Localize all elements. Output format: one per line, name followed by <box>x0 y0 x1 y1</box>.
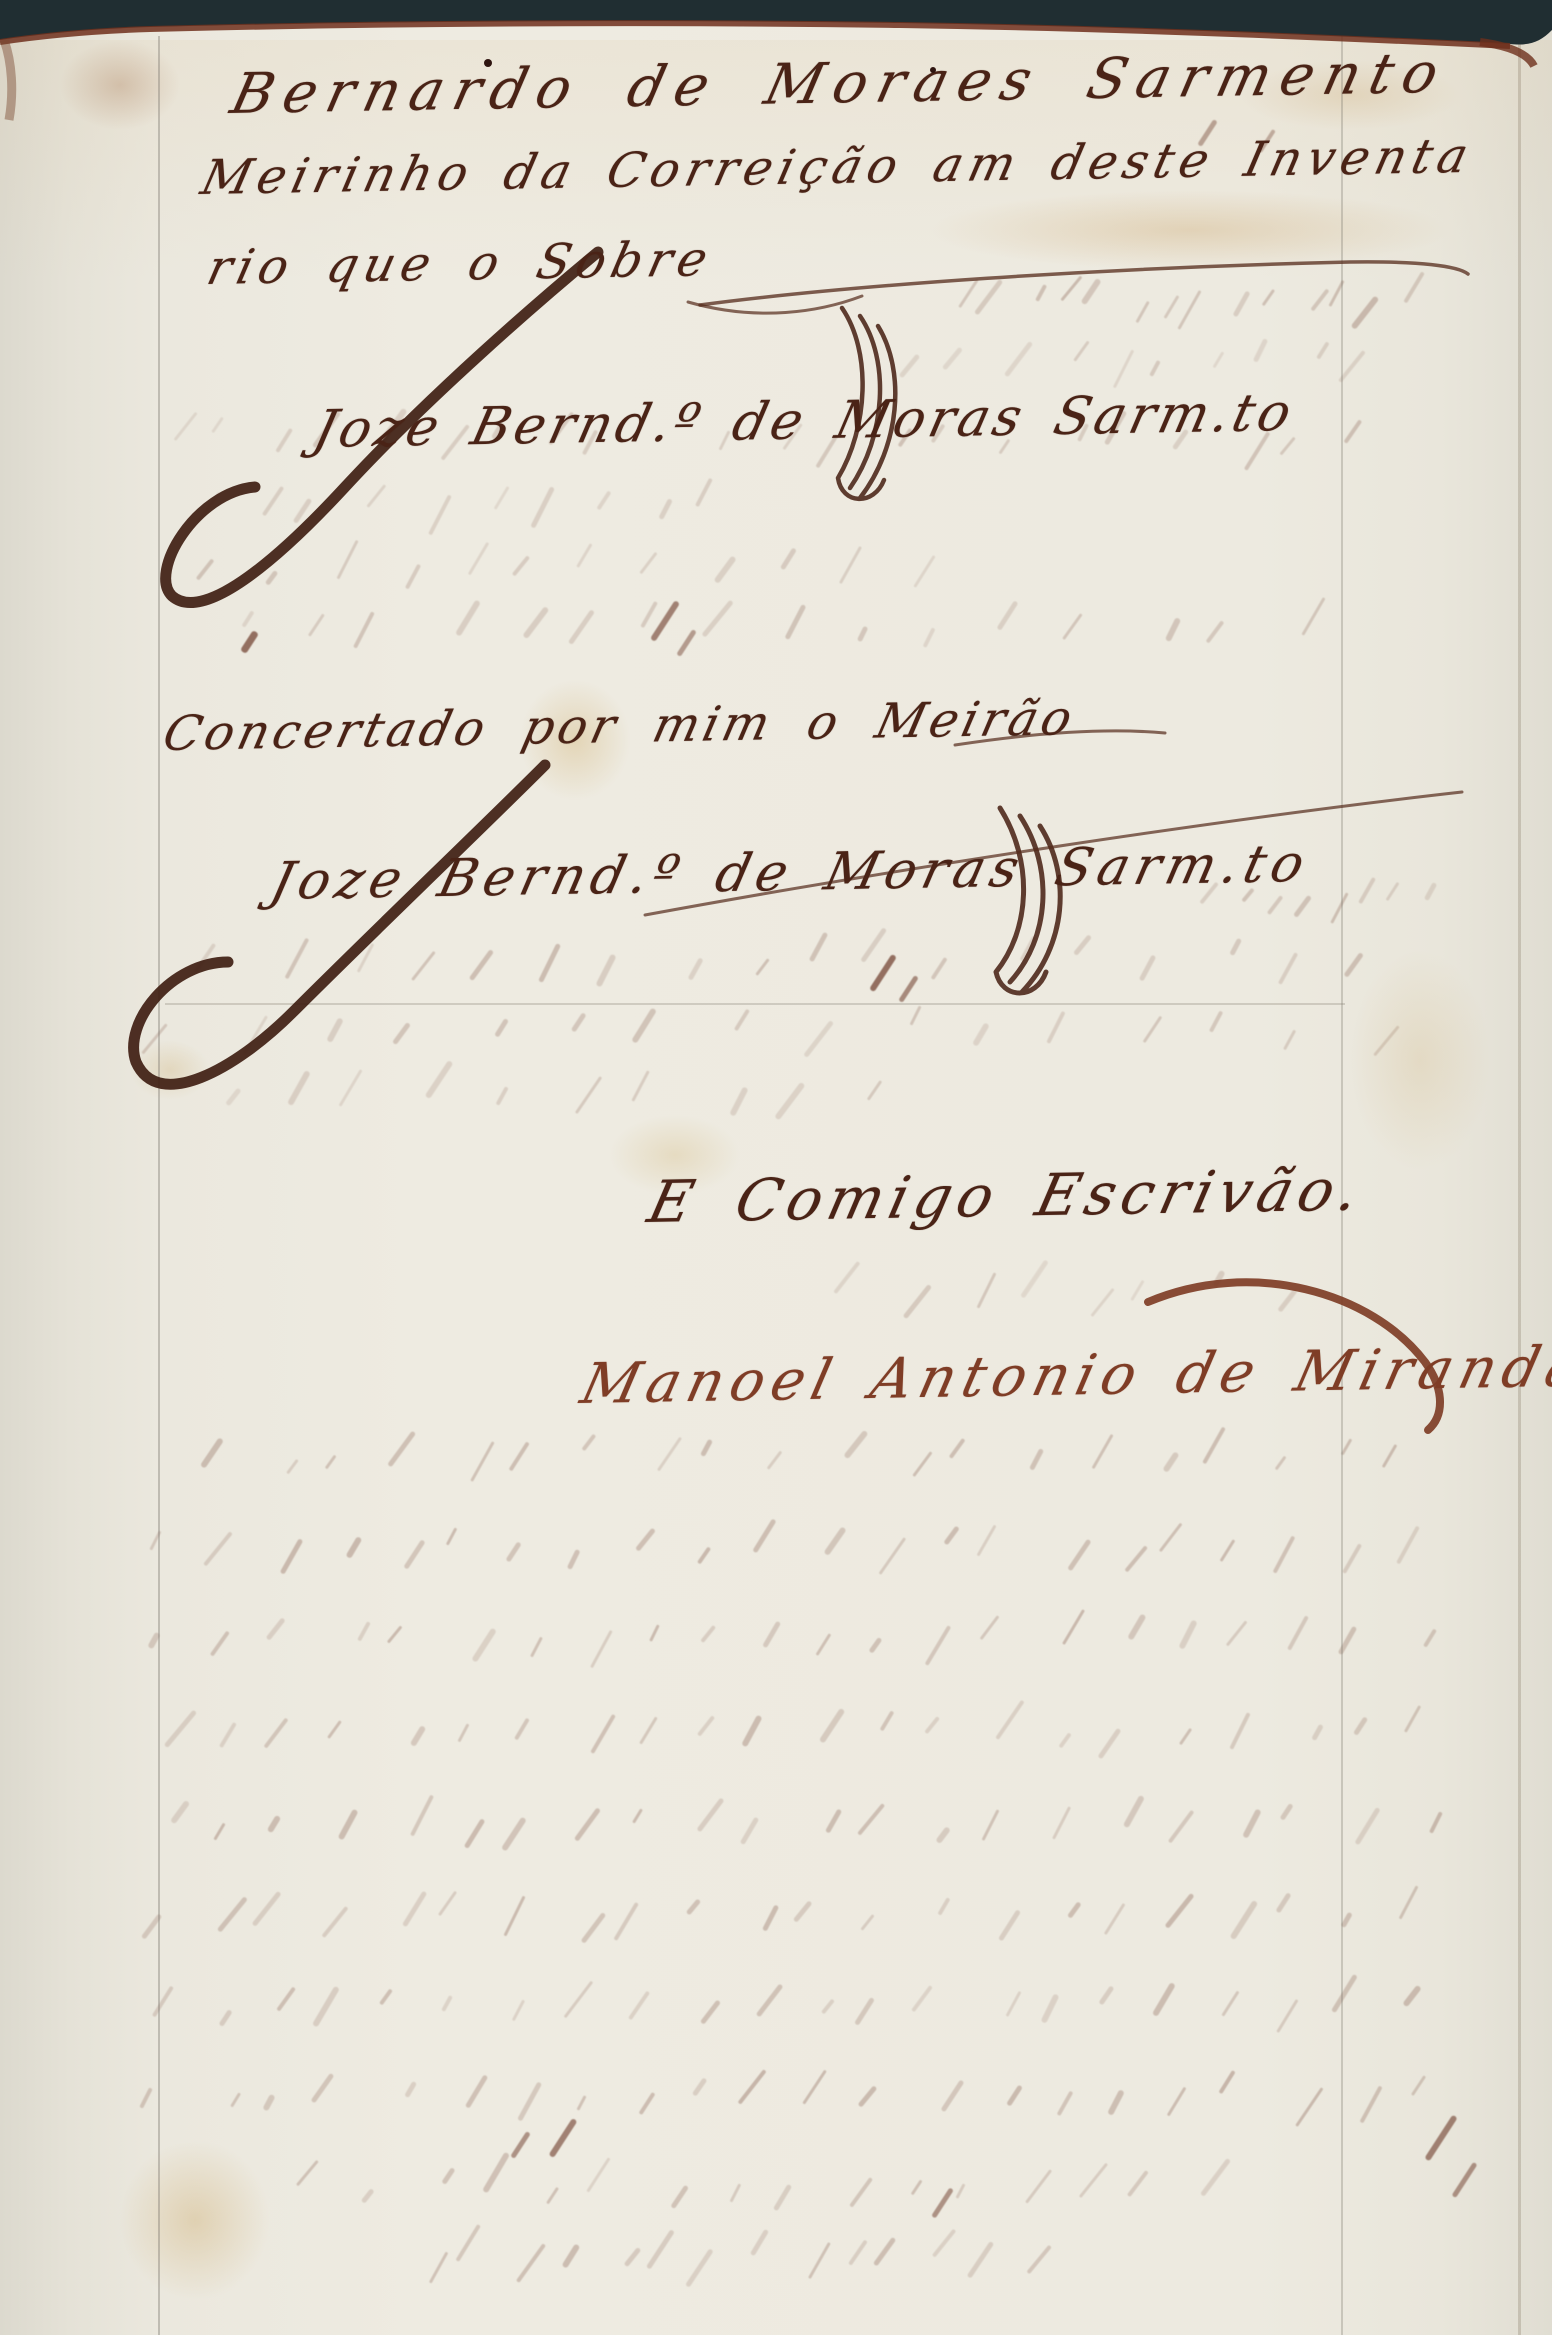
bleed-stroke <box>471 1627 497 1662</box>
bleed-stroke <box>823 1527 846 1557</box>
bleed-stroke <box>194 943 216 973</box>
bleed-stroke <box>200 1437 224 1468</box>
bleed-stroke <box>1058 1732 1072 1748</box>
bleed-stroke <box>976 1525 996 1557</box>
bleed-stroke <box>1355 1807 1381 1845</box>
bleed-stroke <box>512 555 530 576</box>
bleed-stroke <box>740 1817 760 1845</box>
signature-3: Manoel Antonio de Miranda <box>575 1335 1552 1417</box>
bleed-stroke <box>857 2085 877 2107</box>
bleed-stroke <box>549 2118 578 2158</box>
stain-right-band <box>1350 950 1490 1170</box>
bleed-stroke <box>646 2230 675 2270</box>
faint-horizontal-rule <box>165 1003 1345 1005</box>
bleed-stroke <box>1219 1540 1235 1563</box>
bleed-stroke <box>241 611 254 628</box>
bleed-stroke <box>429 2251 449 2283</box>
bleed-stroke <box>1404 1705 1422 1733</box>
bleed-stroke <box>802 2070 826 2105</box>
bleed-stroke <box>910 1005 922 1025</box>
bleed-stroke <box>967 2241 995 2279</box>
bleed-stroke <box>336 540 358 580</box>
bleed-stroke <box>903 1284 932 1319</box>
bleed-stroke <box>285 937 309 978</box>
bleed-stroke <box>164 1709 197 1747</box>
bleed-stroke <box>843 1430 868 1459</box>
bleed-stroke <box>1127 2170 1148 2196</box>
bleed-stroke <box>567 1548 581 1570</box>
bleed-stroke <box>210 1631 229 1656</box>
bleed-stroke <box>631 1007 657 1043</box>
bleed-stroke <box>404 2081 417 2099</box>
bleed-stroke <box>1128 1614 1147 1641</box>
bleed-stroke <box>911 1985 932 2012</box>
bleed-stroke <box>265 1617 285 1641</box>
bleed-stroke <box>958 279 978 308</box>
bleed-stroke <box>464 2074 487 2108</box>
bleed-stroke <box>1344 419 1362 443</box>
bleed-stroke <box>632 1808 643 1823</box>
bleed-stroke <box>1067 1901 1081 1918</box>
bleed-stroke <box>910 2180 922 2196</box>
bleed-stroke <box>1229 1900 1257 1940</box>
bleed-stroke <box>979 1615 999 1640</box>
bleed-stroke <box>1074 341 1090 362</box>
bleed-stroke <box>1222 1990 1240 2016</box>
bleed-stroke <box>1099 1985 1115 2005</box>
bleed-stroke <box>809 932 828 963</box>
bleed-stroke <box>308 614 324 637</box>
bleed-stroke <box>857 1803 885 1836</box>
bleed-stroke <box>685 2249 713 2288</box>
bleed-stroke <box>1131 1280 1145 1301</box>
bleed-stroke <box>1373 1025 1400 1056</box>
bleed-stroke <box>1274 1456 1286 1471</box>
bleed-stroke <box>287 1459 299 1474</box>
bleed-stroke <box>935 1826 951 1844</box>
bleed-stroke <box>756 1983 784 2017</box>
bleed-stroke <box>700 1999 721 2024</box>
bleed-stroke <box>873 2237 896 2267</box>
edge-ink-dot-1 <box>484 59 492 67</box>
margin-rule-left <box>158 36 160 2335</box>
bleed-stroke <box>773 2183 792 2210</box>
bleed-stroke <box>562 2243 580 2268</box>
bleed-stroke <box>1225 1621 1247 1648</box>
header-line-3: rio que o Sobre <box>202 231 719 296</box>
bleed-stroke <box>657 1437 682 1472</box>
bleed-stroke <box>1276 1999 1298 2033</box>
bleed-stroke <box>265 570 279 586</box>
bleed-stroke <box>1212 1270 1225 1287</box>
bleed-stroke <box>501 1816 526 1851</box>
bleed-stroke <box>296 2160 318 2186</box>
bleed-stroke <box>218 2009 232 2027</box>
bleed-stroke <box>982 1809 1000 1841</box>
bleed-stroke <box>1229 937 1242 956</box>
bleed-stroke <box>697 1716 715 1737</box>
bleed-stroke <box>808 2242 830 2279</box>
bleed-stroke <box>328 1721 343 1740</box>
bleed-stroke <box>869 1637 883 1654</box>
bleed-stroke <box>575 1076 602 1114</box>
bleed-stroke <box>411 951 436 981</box>
bleed-stroke <box>1153 1982 1177 2016</box>
bleed-stroke <box>1283 1029 1297 1050</box>
bleed-stroke <box>925 1625 951 1665</box>
bleed-stroke <box>854 1997 875 2026</box>
bleed-stroke <box>1242 1809 1261 1839</box>
bleed-stroke <box>217 1896 248 1932</box>
bleed-stroke <box>912 1451 932 1477</box>
bleed-stroke <box>942 347 963 370</box>
bleed-stroke <box>1253 338 1269 363</box>
bleed-stroke <box>1149 360 1161 377</box>
bleed-stroke <box>734 1008 750 1030</box>
bleed-stroke <box>387 1625 403 1643</box>
bleed-stroke <box>658 498 672 520</box>
bleed-stroke <box>1424 882 1437 901</box>
top-backdrop-band <box>0 0 1552 130</box>
signature-1: Joze Bernd.º de Moras Sarm.to <box>308 383 1301 460</box>
bleed-stroke <box>1358 877 1376 904</box>
bleed-stroke <box>973 1022 991 1046</box>
bleed-stroke <box>1020 936 1036 961</box>
bleed-stroke <box>275 428 293 453</box>
bleed-stroke <box>714 555 737 584</box>
bleed-stroke <box>938 1898 951 1916</box>
bleed-stroke <box>410 1725 426 1747</box>
bleed-stroke <box>311 2072 334 2102</box>
bleed-stroke <box>860 1914 874 1931</box>
bleed-stroke <box>1273 1536 1295 1574</box>
bleed-stroke <box>1167 1810 1194 1844</box>
bleed-stroke <box>203 1531 233 1566</box>
bleed-stroke <box>1006 1991 1022 2017</box>
bleed-stroke <box>293 498 313 524</box>
bleed-stroke <box>467 542 488 575</box>
bleed-stroke <box>219 1722 236 1748</box>
bleed-stroke <box>998 1909 1021 1941</box>
bleed-stroke <box>496 1086 509 1106</box>
bleed-stroke <box>380 1988 394 2005</box>
bleed-stroke <box>818 1708 844 1744</box>
bleed-stroke <box>357 943 375 973</box>
bleed-stroke <box>1123 1795 1145 1828</box>
bleed-stroke <box>240 630 259 654</box>
bleed-stroke <box>931 2187 954 2218</box>
bleed-stroke <box>1452 2162 1478 2198</box>
attestation-line: Concertado por mim o Meirão <box>158 690 1081 762</box>
bleed-stroke <box>438 1891 457 1917</box>
bleed-stroke <box>686 1899 701 1916</box>
bleed-stroke <box>1233 290 1251 317</box>
bleed-stroke <box>899 354 920 379</box>
bleed-stroke <box>504 1895 526 1936</box>
bleed-stroke <box>1079 2163 1108 2198</box>
bleed-stroke <box>1025 2169 1052 2204</box>
bleed-stroke <box>1267 895 1283 915</box>
bleed-stroke <box>695 478 713 507</box>
bleed-stroke <box>360 2188 374 2204</box>
bleed-stroke <box>821 1998 835 2013</box>
bleed-stroke <box>755 958 769 976</box>
bleed-stroke <box>931 957 948 980</box>
bleed-stroke <box>923 1716 939 1734</box>
bleed-stroke <box>512 2000 526 2022</box>
bleed-stroke <box>1108 2089 1126 2116</box>
bleed-stroke <box>775 1081 806 1119</box>
bleed-stroke <box>530 487 555 530</box>
bleed-stroke <box>243 1015 268 1054</box>
edge-ink-dot-2 <box>930 67 936 73</box>
bleed-stroke <box>392 1022 411 1045</box>
bleed-stroke <box>1104 1903 1126 1936</box>
bleed-stroke <box>639 1716 657 1744</box>
bleed-stroke <box>849 2177 873 2208</box>
left-edge-smear <box>4 40 12 120</box>
bleed-stroke <box>1062 613 1082 640</box>
bleed-stroke <box>405 564 421 590</box>
bleed-stroke <box>1165 1893 1195 1929</box>
bleed-stroke <box>1052 1806 1071 1840</box>
bleed-stroke <box>280 1538 304 1574</box>
bleed-stroke <box>815 1633 830 1655</box>
bleed-stroke <box>730 2183 742 2202</box>
bleed-stroke <box>590 1714 616 1754</box>
bleed-stroke <box>442 2168 456 2185</box>
bleed-stroke <box>692 2077 708 2097</box>
bleed-stroke <box>1046 1011 1065 1044</box>
bleed-stroke <box>1277 1288 1298 1312</box>
bleed-stroke <box>1262 289 1275 306</box>
bleed-stroke <box>339 1069 363 1107</box>
bleed-stroke <box>688 957 704 981</box>
bleed-stroke <box>729 1087 748 1117</box>
bleed-stroke <box>1213 351 1225 368</box>
bleed-stroke <box>324 1454 336 1469</box>
bleed-stroke <box>1399 1886 1419 1920</box>
bleed-stroke <box>1302 597 1326 636</box>
bleed-stroke <box>1097 1727 1121 1758</box>
bleed-stroke <box>1124 1545 1148 1573</box>
bleed-stroke <box>587 2157 611 2192</box>
bleed-stroke <box>1139 954 1156 981</box>
bleed-stroke <box>1311 288 1330 311</box>
bleed-stroke <box>211 417 224 434</box>
bleed-stroke <box>574 1808 601 1842</box>
bleed-stroke <box>366 484 385 507</box>
bleed-stroke <box>1276 1892 1292 1913</box>
bleed-stroke <box>494 1018 509 1038</box>
bleed-stroke <box>577 2095 587 2111</box>
bleed-stroke <box>1073 934 1092 956</box>
bleed-stroke <box>576 544 592 568</box>
bleed-stroke <box>174 411 199 441</box>
bleed-stroke <box>568 610 594 645</box>
bleed-stroke <box>737 2069 766 2105</box>
bleed-stroke <box>262 2094 275 2112</box>
bleed-stroke <box>869 954 897 992</box>
bleed-stroke <box>996 600 1018 630</box>
signature2-rubric <box>996 808 1060 993</box>
bleed-stroke <box>441 1995 453 2012</box>
bleed-stroke <box>631 1070 650 1102</box>
bleed-stroke <box>941 2080 965 2113</box>
bleed-stroke <box>471 1441 495 1481</box>
bleed-stroke <box>640 552 658 574</box>
signature-2: Joze Bernd.º de Moras Sarm.to <box>265 834 1316 912</box>
bleed-stroke <box>860 927 887 963</box>
bleed-stroke <box>866 1080 882 1101</box>
bleed-stroke <box>463 1818 484 1849</box>
bleed-stroke <box>1403 271 1425 303</box>
bleed-stroke <box>628 1991 650 2021</box>
bleed-stroke <box>458 1723 470 1742</box>
bleed-stroke <box>879 1537 906 1574</box>
bleed-stroke <box>326 1017 343 1043</box>
bleed-stroke <box>1177 290 1201 330</box>
bleed-stroke <box>581 1912 607 1944</box>
signature2-capital-J-flourish <box>134 765 545 1084</box>
bleed-stroke <box>287 1070 310 1106</box>
page-edge-right <box>1518 0 1521 2335</box>
bleed-stroke <box>1206 620 1225 643</box>
bleed-stroke <box>676 629 697 657</box>
bleed-stroke <box>1331 892 1349 923</box>
bleed-stroke <box>1293 895 1312 918</box>
bleed-stroke <box>1081 278 1102 306</box>
bleed-stroke <box>425 1060 454 1099</box>
bleed-stroke <box>1165 617 1181 642</box>
bleed-stroke <box>697 1546 711 1564</box>
header-line-2: Meirinho da Correição am deste Inventa <box>196 128 1479 206</box>
bleed-stroke <box>1041 1993 1060 2023</box>
bleed-stroke <box>1359 2086 1382 2124</box>
bleed-stroke <box>1060 276 1082 302</box>
bleed-stroke <box>825 1809 842 1834</box>
bleed-stroke <box>264 1717 289 1748</box>
bleed-stroke <box>530 1637 543 1658</box>
bleed-stroke <box>649 1624 659 1641</box>
bleed-stroke <box>1343 952 1364 978</box>
bleed-stroke <box>1092 1434 1114 1470</box>
bleed-stroke <box>510 2131 531 2159</box>
bleed-stroke <box>1385 882 1399 901</box>
bleed-stroke <box>1178 1620 1197 1650</box>
bleed-stroke <box>455 599 481 636</box>
bleed-stroke <box>857 626 869 643</box>
bleed-stroke <box>1218 2070 1235 2094</box>
stain-top-right-streak <box>930 190 1450 270</box>
bleed-stroke <box>1091 1287 1115 1316</box>
bleed-stroke <box>1295 2087 1323 2126</box>
bleed-stroke <box>833 1261 860 1294</box>
bleed-stroke <box>697 1797 725 1832</box>
bleed-stroke <box>596 490 611 510</box>
bleed-stroke <box>277 1987 297 2012</box>
bleed-stroke <box>613 1902 639 1942</box>
bleed-stroke <box>582 1434 596 1451</box>
bleed-stroke <box>785 604 806 640</box>
bleed-stroke <box>839 546 862 584</box>
bleed-stroke <box>638 2092 655 2115</box>
bleed-stroke <box>670 2184 689 2209</box>
bleed-stroke <box>196 558 215 580</box>
bleed-stroke <box>898 975 919 1003</box>
bleed-stroke <box>1057 2091 1074 2117</box>
bleed-stroke <box>1280 1803 1295 1821</box>
bleed-stroke <box>974 279 1003 316</box>
bleed-stroke <box>1062 1610 1085 1646</box>
bleed-stroke <box>1423 1629 1437 1648</box>
bleed-stroke <box>546 2187 559 2205</box>
bleed-stroke <box>780 547 797 570</box>
bleed-stroke <box>752 1518 776 1553</box>
bleed-stroke <box>402 1890 428 1927</box>
bleed-stroke <box>596 954 617 988</box>
bleed-stroke <box>1351 295 1379 329</box>
bleed-stroke <box>640 601 658 629</box>
bleed-stroke <box>635 1528 656 1552</box>
bleed-stroke <box>803 1020 834 1058</box>
bleed-stroke <box>1067 1538 1091 1570</box>
bleed-stroke <box>590 1630 612 1668</box>
manuscript-page-photo: Bernardo de Moraes Sarmento Meirinho da … <box>0 0 1552 2335</box>
bleed-stroke <box>766 1450 781 1469</box>
page-corner-curl <box>1480 42 1534 66</box>
bleed-stroke <box>1430 1811 1444 1833</box>
bleed-stroke <box>956 2184 966 2199</box>
bleed-stroke <box>455 2224 481 2262</box>
bleed-stroke <box>403 1540 425 1570</box>
bleed-stroke <box>226 1087 242 1105</box>
sobre-under-flourish <box>688 296 862 313</box>
bleed-stroke <box>1230 1712 1251 1749</box>
bleed-stroke <box>1278 952 1298 985</box>
bleed-stroke <box>1035 284 1047 302</box>
bleed-stroke <box>944 1525 961 1545</box>
bleed-stroke <box>1317 341 1330 359</box>
bleed-stroke <box>523 606 550 639</box>
bleed-stroke <box>517 2081 542 2122</box>
bleed-stroke <box>428 494 452 535</box>
bleed-stroke <box>230 2092 241 2108</box>
bleed-stroke <box>312 1986 339 2027</box>
bleed-stroke <box>1029 1448 1044 1471</box>
bleed-stroke <box>1200 2158 1231 2197</box>
bleed-stroke <box>1424 2115 1457 2162</box>
bleed-stroke <box>922 628 935 649</box>
bleed-stroke <box>252 1891 282 1927</box>
bleed-stroke <box>1179 1728 1192 1746</box>
stain-bottom-left <box>120 2140 270 2300</box>
bleed-stroke <box>750 2229 769 2256</box>
bleed-stroke <box>1113 349 1135 388</box>
bleed-stroke <box>196 491 221 523</box>
bleed-stroke <box>140 2087 153 2108</box>
bleed-stroke <box>357 1622 371 1642</box>
bleed-stroke <box>1006 2085 1022 2107</box>
bleed-stroke <box>1164 295 1180 319</box>
bleed-stroke <box>570 1012 586 1033</box>
bleed-stroke <box>142 1023 169 1054</box>
bleed-stroke <box>1331 1974 1357 2013</box>
bleed-stroke <box>1166 2086 1186 2116</box>
bleed-stroke <box>509 1441 531 1472</box>
bleed-stroke <box>169 1800 189 1825</box>
bleed-stroke <box>742 1715 763 1747</box>
